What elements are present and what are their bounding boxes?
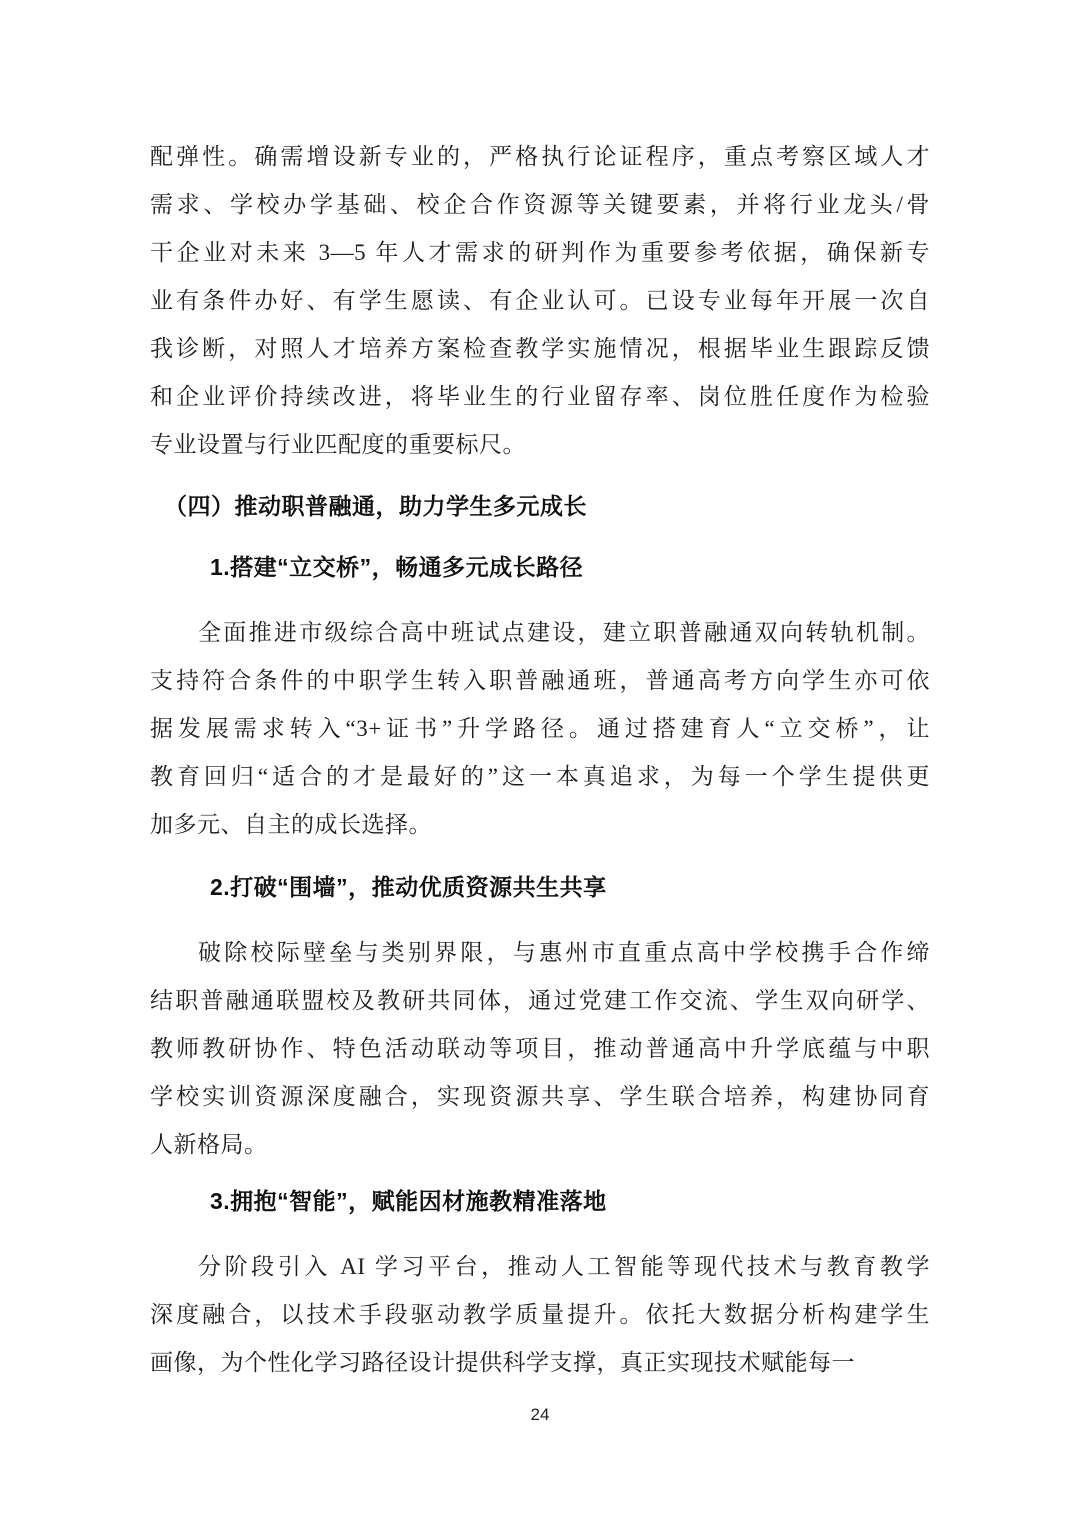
page-content: 配弹性。确需增设新专业的，严格执行论证程序，重点考察区域人才 需求、学校办学基础…: [150, 133, 930, 1387]
text-line: 配弹性。确需增设新专业的，严格执行论证程序，重点考察区域人才: [150, 133, 930, 181]
subsection-heading-1: 1.搭建“立交桥”，畅通多元成长路径: [150, 543, 930, 591]
text-line: 破除校际壁垒与类别界限，与惠州市直重点高中学校携手合作缔: [150, 929, 930, 977]
text-line: 干企业对未来 3—5 年人才需求的研判作为重要参考依据，确保新专: [150, 229, 930, 277]
subsection-heading-3: 3.拥抱“智能”，赋能因材施教精准落地: [150, 1177, 930, 1225]
text-line: 业有条件办好、有学生愿读、有企业认可。已设专业每年开展一次自: [150, 277, 930, 325]
section-heading: （四）推动职普融通，助力学生多元成长: [150, 482, 930, 530]
text-line: 全面推进市级综合高中班试点建设，建立职普融通双向转轨机制。: [150, 609, 930, 657]
document-page: 配弹性。确需增设新专业的，严格执行论证程序，重点考察区域人才 需求、学校办学基础…: [0, 0, 1080, 1527]
text-line: 据发展需求转入“3+证书”升学路径。通过搭建育人“立交桥”，让: [150, 705, 930, 753]
page-number: 24: [0, 1405, 1080, 1425]
text-line: 分阶段引入 AI 学习平台，推动人工智能等现代技术与教育教学: [150, 1243, 930, 1291]
text-line: 和企业评价持续改进，将毕业生的行业留存率、岗位胜任度作为检验: [150, 373, 930, 421]
text-line: 加多元、自主的成长选择。: [150, 801, 930, 849]
text-line: 结职普融通联盟校及教研共同体，通过党建工作交流、学生双向研学、: [150, 977, 930, 1025]
paragraph-sub1: 全面推进市级综合高中班试点建设，建立职普融通双向转轨机制。 支持符合条件的中职学…: [150, 609, 930, 849]
paragraph-continuation: 配弹性。确需增设新专业的，严格执行论证程序，重点考察区域人才 需求、学校办学基础…: [150, 133, 930, 469]
text-line: 支持符合条件的中职学生转入职普融通班，普通高考方向学生亦可依: [150, 657, 930, 705]
text-line: 学校实训资源深度融合，实现资源共享、学生联合培养，构建协同育: [150, 1073, 930, 1121]
text-line: 专业设置与行业匹配度的重要标尺。: [150, 421, 930, 469]
paragraph-sub2: 破除校际壁垒与类别界限，与惠州市直重点高中学校携手合作缔 结职普融通联盟校及教研…: [150, 929, 930, 1169]
text-line: 我诊断，对照人才培养方案检查教学实施情况，根据毕业生跟踪反馈: [150, 325, 930, 373]
text-line: 画像，为个性化学习路径设计提供科学支撑，真正实现技术赋能每一: [150, 1339, 930, 1387]
text-line: 教师教研协作、特色活动联动等项目，推动普通高中升学底蕴与中职: [150, 1025, 930, 1073]
text-line: 人新格局。: [150, 1121, 930, 1169]
text-line: 教育回归“适合的才是最好的”这一本真追求，为每一个学生提供更: [150, 753, 930, 801]
paragraph-sub3: 分阶段引入 AI 学习平台，推动人工智能等现代技术与教育教学 深度融合，以技术手…: [150, 1243, 930, 1387]
text-line: 需求、学校办学基础、校企合作资源等关键要素，并将行业龙头/骨: [150, 181, 930, 229]
text-line: 深度融合，以技术手段驱动教学质量提升。依托大数据分析构建学生: [150, 1291, 930, 1339]
subsection-heading-2: 2.打破“围墙”，推动优质资源共生共享: [150, 863, 930, 911]
